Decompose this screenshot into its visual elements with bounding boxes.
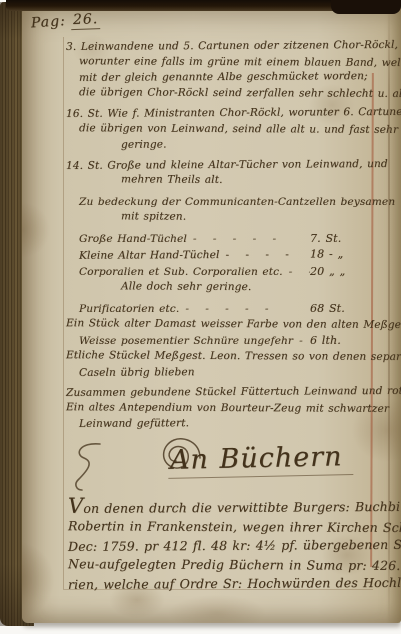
manuscript-line: Etliche Stückel Meßgest. Leon. Tressen s…	[66, 348, 368, 365]
manuscript-line: worunter eine falls im grüne mit einem b…	[79, 54, 368, 71]
book-top-corner	[331, 0, 401, 14]
manuscript-line: mehren Theils alt.	[121, 172, 368, 189]
manuscript-line: Von denen durch die verwittibte Burgers:…	[68, 495, 368, 518]
inventory-entries: 3. Leinwandene und 5. Cartunen oder zitz…	[66, 39, 368, 432]
manuscript-line: 14. St. Große und kleine Altar-Tücher vo…	[66, 157, 368, 174]
manuscript-line: Dec: 1759. pr 412 fl. 48 kr: 4½ pf. über…	[68, 535, 368, 556]
ledger-label: Kleine Altar Hand-Tüchel	[79, 248, 220, 264]
ledger-row: Purificatorien etc.- - - - -68 St.	[79, 301, 368, 318]
ledger-label: Corporalien et Sub. Corporalien etc.	[79, 265, 283, 281]
ledger-tuechel: Große Hand-Tüchel- - - - -7. St.Kleine A…	[66, 231, 368, 296]
entry-purificatorien: Purificatorien etc.- - - - -68 St.Ein St…	[66, 301, 368, 381]
ledger-label: Große Hand-Tüchel	[79, 232, 187, 248]
ledger-leader: - - - - -	[179, 302, 310, 318]
ledger-row: Kleine Altar Hand-Tüchel- - - -18 - „	[79, 246, 368, 264]
ledger-leader: - - - - -	[187, 232, 310, 248]
page-number: Pag: 26.	[30, 11, 101, 34]
ledger-leader: - -	[293, 334, 310, 350]
section-heading: An Büchern	[104, 442, 368, 488]
ledger-value: 68 St.	[310, 301, 368, 317]
ledger-value: 18 - „	[310, 246, 368, 262]
manuscript-line: 3. Leinwandene und 5. Cartunen oder zitz…	[66, 38, 368, 55]
page-number-value: 26.	[71, 11, 101, 30]
page-number-label: Pag:	[30, 13, 66, 31]
manuscript-line: Ein Stück alter Damast weisser Farbe von…	[66, 316, 368, 333]
photo-backdrop: Pag: 26. 3. Leinwandene und 5. Cartunen …	[0, 0, 401, 634]
ledger-value: 20 „ „	[310, 264, 368, 280]
manuscript-line: Neu-aufgelegten Predig Büchern in Suma p…	[68, 554, 368, 575]
manuscript-line: mit spitzen.	[121, 209, 368, 226]
ledger-value: 6 lth.	[310, 333, 368, 349]
manuscript-line: mit der gleich genannte Albe geschmücket…	[79, 69, 368, 86]
books-entry: Von denen durch die verwittibte Burgers:…	[66, 496, 368, 593]
ledger-row: Corporalien et Sub. Corporalien etc.- -2…	[79, 264, 368, 281]
manuscript-line: Leinwand gefüttert.	[79, 415, 368, 432]
entry-altar-tuecher: 14. St. Große und kleine Altar-Tücher vo…	[66, 158, 368, 189]
manuscript-line: 16. St. Wie f. Ministranten Chor-Röckl, …	[66, 105, 368, 122]
ledger-leader: - - - -	[219, 248, 310, 264]
entry-communicanten: Zu bedeckung der Communicanten-Cantzelle…	[66, 194, 368, 226]
manuscript-line: Alle doch sehr geringe.	[121, 279, 368, 296]
ruled-frame-left-line	[63, 37, 64, 589]
manuscript-line: Zusammen gebundene Stückel Füttertuch Le…	[66, 384, 368, 401]
manuscript-line: geringe.	[121, 136, 368, 153]
manuscript-line: Robertin in Frankenstein, wegen ihrer Ki…	[68, 516, 368, 537]
manuscript-line: Ein altes Antependium von Bourteur-Zeug …	[66, 400, 368, 417]
section-heading-text: An Büchern	[168, 442, 353, 479]
ledger-label: Zu bedeckung der Communicanten-Cantzelle…	[79, 195, 395, 211]
ledger-row: Große Hand-Tüchel- - - - -7. St.	[79, 231, 368, 248]
books-paragraph: Von denen durch die verwittibte Burgers:…	[66, 496, 368, 593]
manuscript-line: Caseln übrig blieben	[79, 364, 368, 381]
manuscript-line: die übrigen Chor-Röckl seind zerfallen s…	[79, 85, 368, 102]
entry-ministranten: 16. St. Wie f. Ministranten Chor-Röckl, …	[66, 106, 368, 153]
manuscript-line: die übrigen von Leinwand, seind alle alt…	[79, 121, 368, 138]
entry-antependium: Zusammen gebundene Stückel Füttertuch Le…	[66, 385, 368, 432]
manuscript-page: Pag: 26. 3. Leinwandene und 5. Cartunen …	[22, 5, 401, 623]
ledger-row: Zu bedeckung der Communicanten-Cantzelle…	[79, 194, 368, 211]
text-block: 3. Leinwandene und 5. Cartunen oder zitz…	[66, 39, 368, 603]
manuscript-line: rien, welche auf Ordre Sr: Hochwürden de…	[68, 573, 368, 594]
ledger-label: Weisse posementier Schnüre ungefehr	[79, 334, 293, 350]
entry-chor-roeckl: 3. Leinwandene und 5. Cartunen oder zitz…	[66, 39, 368, 101]
ledger-label: Purificatorien etc.	[79, 302, 179, 318]
ledger-leader: - -	[283, 265, 310, 281]
ledger-row: Weisse posementier Schnüre ungefehr- -6 …	[79, 333, 368, 350]
paragraph-flourish-icon	[70, 440, 110, 492]
ledger-value: 7. St.	[310, 231, 368, 247]
